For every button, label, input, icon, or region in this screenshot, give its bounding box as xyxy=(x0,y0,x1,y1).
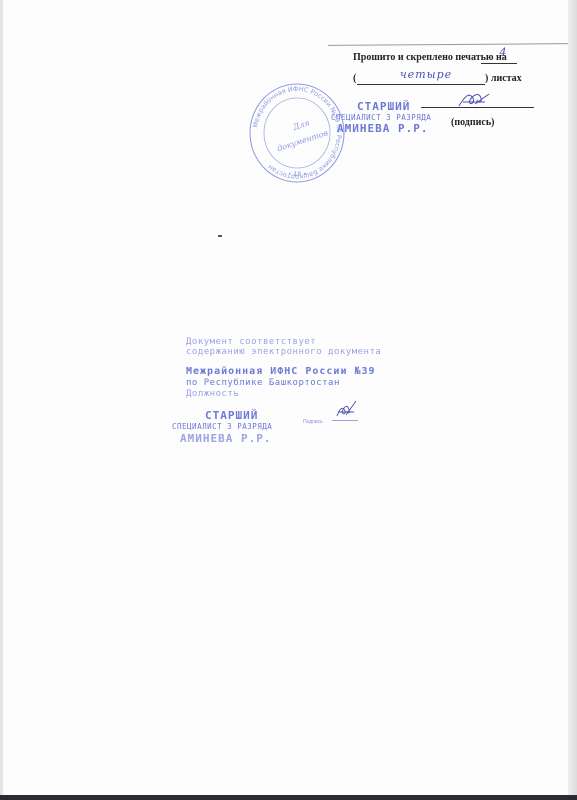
svg-text:• 18 •: • 18 • xyxy=(288,171,307,178)
round-seal-icon: Межрайонная ИФНС России №39 по Республик… xyxy=(248,82,346,184)
svg-text:документов: документов xyxy=(276,128,330,153)
scan-right-edge xyxy=(568,0,577,795)
svg-text:Для: Для xyxy=(291,118,311,132)
signature-line xyxy=(421,107,534,108)
conformity-line-4: по Республике Башкортостан xyxy=(186,378,340,388)
top-stamp-position: СПЕЦИАЛИСТ 3 РАЗРЯДА xyxy=(331,113,431,122)
svg-text:Межрайонная ИФНС России №39 по: Межрайонная ИФНС России №39 по Республик… xyxy=(251,85,343,181)
conformity-line-5: Должность xyxy=(186,389,239,399)
conformity-signature-line xyxy=(332,420,358,421)
top-stamp-name: АМИНЕВА Р.Р. xyxy=(337,122,428,135)
page-count-underline xyxy=(481,63,517,64)
conformity-line-3: Межрайонная ИФНС России №39 xyxy=(186,366,376,377)
signature-label: (подпись) xyxy=(451,117,494,128)
scan-speck xyxy=(218,235,222,237)
scanned-page: Прошито и скреплено печатью на 4 ( четыр… xyxy=(0,0,577,795)
conformity-signature-label: Подпись xyxy=(303,419,323,425)
conformity-signature-icon xyxy=(334,398,358,420)
top-stamp-title: СТАРШИЙ xyxy=(357,100,410,113)
conformity-line-1: Документ соответствует xyxy=(186,337,316,347)
paren-open: ( xyxy=(353,73,356,84)
handwritten-page-count: 4 xyxy=(485,46,521,59)
pages-in-words-line: ( четыре ) листах xyxy=(353,73,538,87)
conformity-stamp-title: СТАРШИЙ xyxy=(205,409,258,422)
handwritten-pages-words: четыре xyxy=(371,68,481,81)
conformity-line-2: содержанию электронного документа xyxy=(186,347,381,357)
scan-bottom-edge xyxy=(0,795,577,800)
scan-left-edge xyxy=(0,0,3,795)
conformity-stamp-name: АМИНЕВА Р.Р. xyxy=(180,432,271,445)
pages-words-underline xyxy=(357,84,485,85)
certification-prefix: Прошито и скреплено печатью на xyxy=(353,52,507,63)
conformity-stamp-position: СПЕЦИАЛИСТ 3 РАЗРЯДА xyxy=(172,422,272,431)
top-divider-line xyxy=(328,43,568,46)
pages-suffix: ) листах xyxy=(485,73,522,84)
